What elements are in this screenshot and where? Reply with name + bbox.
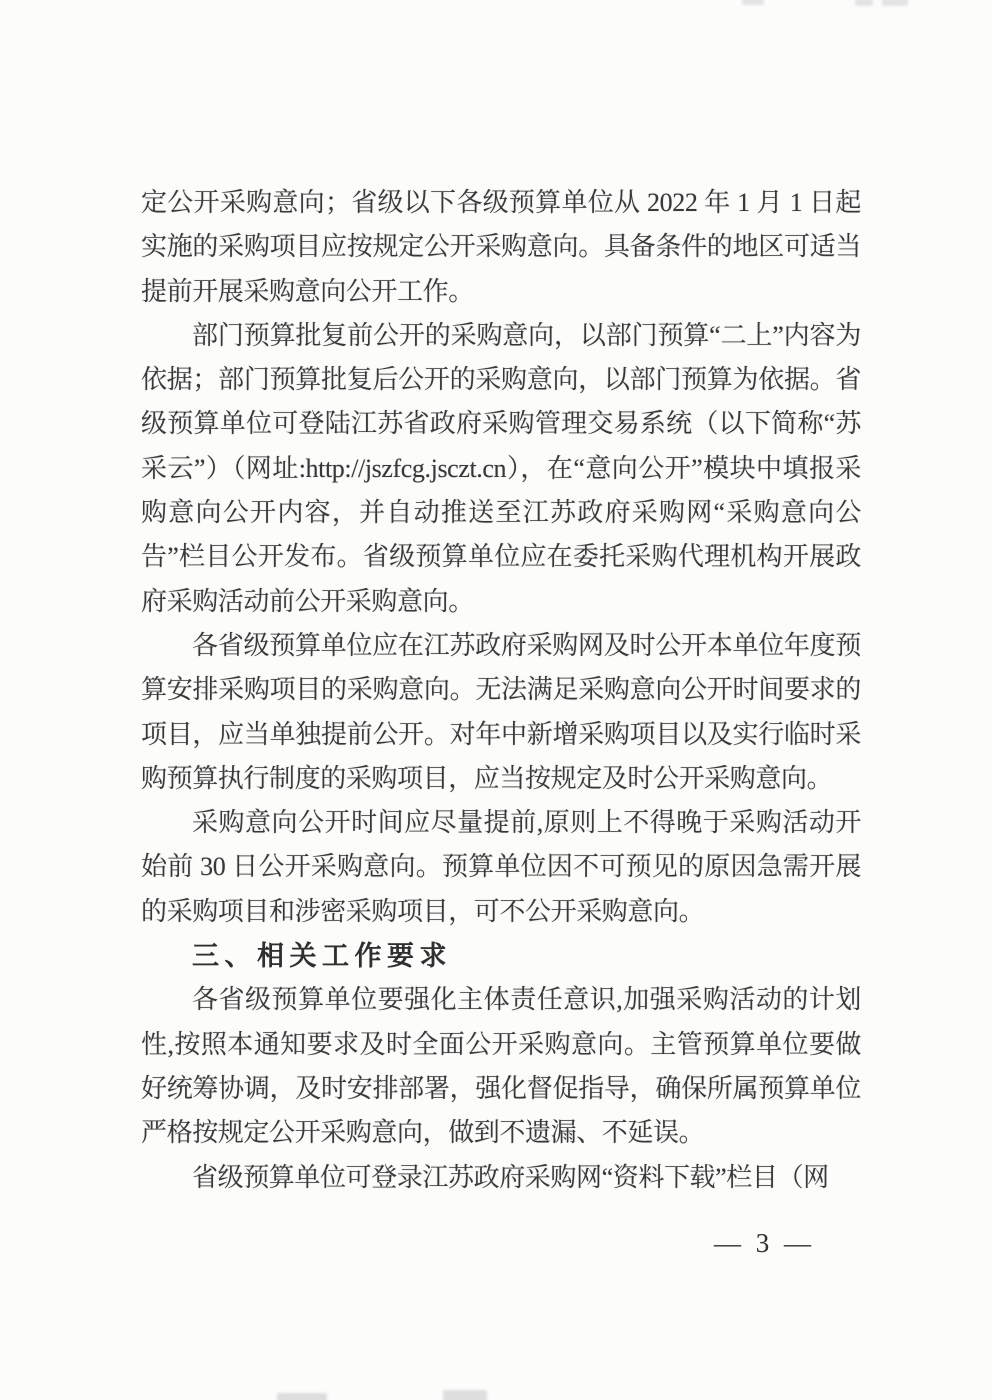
body-paragraph: 定公开采购意向；省级以下各级预算单位从 2022 年 1 月 1 日起实施的采购… (141, 181, 861, 314)
page-number: — 3 — (714, 1228, 815, 1259)
scan-artifact (882, 0, 908, 6)
document-body: 定公开采购意向；省级以下各级预算单位从 2022 年 1 月 1 日起实施的采购… (141, 181, 861, 1200)
scan-artifact (277, 1393, 327, 1400)
section-heading: 三、相关工作要求 (141, 934, 861, 978)
body-paragraph: 各省级预算单位要强化主体责任意识,加强采购活动的计划性,按照本通知要求及时全面公… (141, 978, 861, 1155)
scan-artifact (742, 0, 764, 5)
body-paragraph: 各省级预算单位应在江苏政府采购网及时公开本单位年度预算安排采购项目的采购意向。无… (141, 624, 861, 801)
body-paragraph: 采购意向公开时间应尽量提前,原则上不得晚于采购活动开始前 30 日公开采购意向。… (141, 801, 861, 934)
body-paragraph: 部门预算批复前公开的采购意向，以部门预算“二上”内容为依据；部门预算批复后公开的… (141, 314, 861, 624)
scan-artifact (855, 0, 873, 6)
scan-artifact (443, 1390, 487, 1400)
scanned-document-page: 定公开采购意向；省级以下各级预算单位从 2022 年 1 月 1 日起实施的采购… (0, 0, 992, 1400)
body-paragraph: 省级预算单位可登录江苏政府采购网“资料下载”栏目（网 (141, 1156, 861, 1200)
